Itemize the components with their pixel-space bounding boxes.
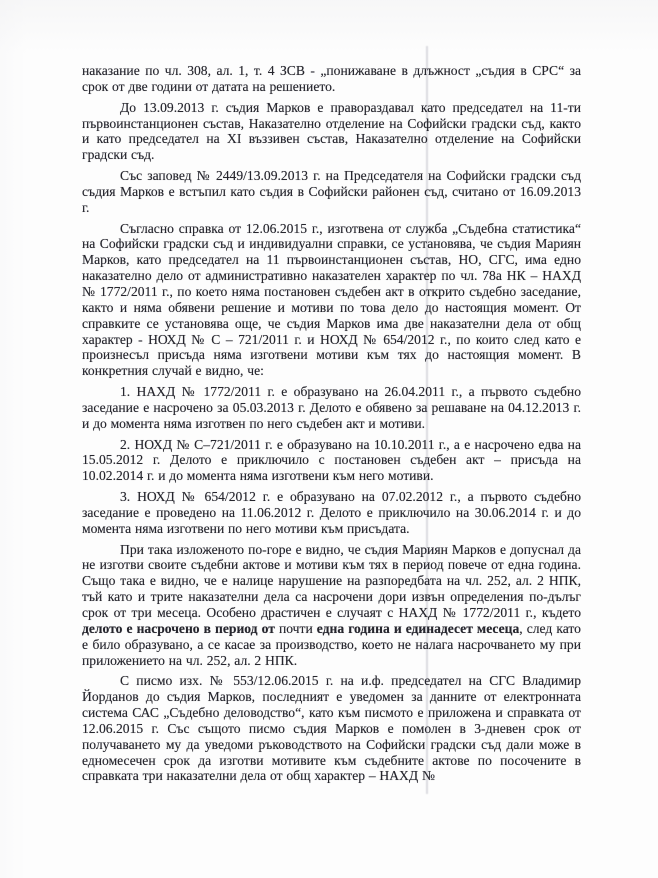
emphasized-text-run: една година и единадесет месеца: [317, 621, 519, 636]
text-run: Съгласно справка от 12.06.2015 г., изгот…: [82, 221, 581, 379]
text-run: 3. НОХД № 654/2012 г. е образувано на 07…: [82, 489, 581, 536]
text-run: наказание по чл. 308, ал. 1, т. 4 ЗСВ - …: [82, 63, 581, 94]
scanned-document-page: наказание по чл. 308, ал. 1, т. 4 ЗСВ - …: [0, 0, 658, 878]
paragraph: 1. НАХД № 1772/2011 г. е образувано на 2…: [82, 384, 581, 432]
paragraph: наказание по чл. 308, ал. 1, т. 4 ЗСВ - …: [82, 63, 581, 95]
text-run: 1. НАХД № 1772/2011 г. е образувано на 2…: [82, 384, 581, 431]
paragraph: До 13.09.2013 г. съдия Марков е правораз…: [82, 100, 581, 163]
paragraph: При така изложеното по-горе е видно, че …: [82, 542, 581, 669]
text-run: До 13.09.2013 г. съдия Марков е правораз…: [82, 100, 581, 163]
paragraph: 2. НОХД № С–721/2011 г. е образувано на …: [82, 437, 581, 485]
paragraph: Съгласно справка от 12.06.2015 г., изгот…: [82, 221, 581, 379]
text-run: 2. НОХД № С–721/2011 г. е образувано на …: [82, 437, 581, 484]
text-run: При така изложеното по-горе е видно, че …: [82, 542, 581, 620]
text-run: С писмо изх. № 553/12.06.2015 г. на и.ф.…: [82, 673, 581, 783]
paragraph: С писмо изх. № 553/12.06.2015 г. на и.ф.…: [82, 673, 581, 784]
text-run: Със заповед № 2449/13.09.2013 г. на Пред…: [82, 168, 581, 215]
document-body: наказание по чл. 308, ал. 1, т. 4 ЗСВ - …: [82, 63, 581, 789]
text-run: почти: [275, 621, 317, 636]
paragraph: 3. НОХД № 654/2012 г. е образувано на 07…: [82, 489, 581, 537]
emphasized-text-run: делото е насрочено в период от: [82, 621, 275, 636]
paragraph: Със заповед № 2449/13.09.2013 г. на Пред…: [82, 168, 581, 216]
